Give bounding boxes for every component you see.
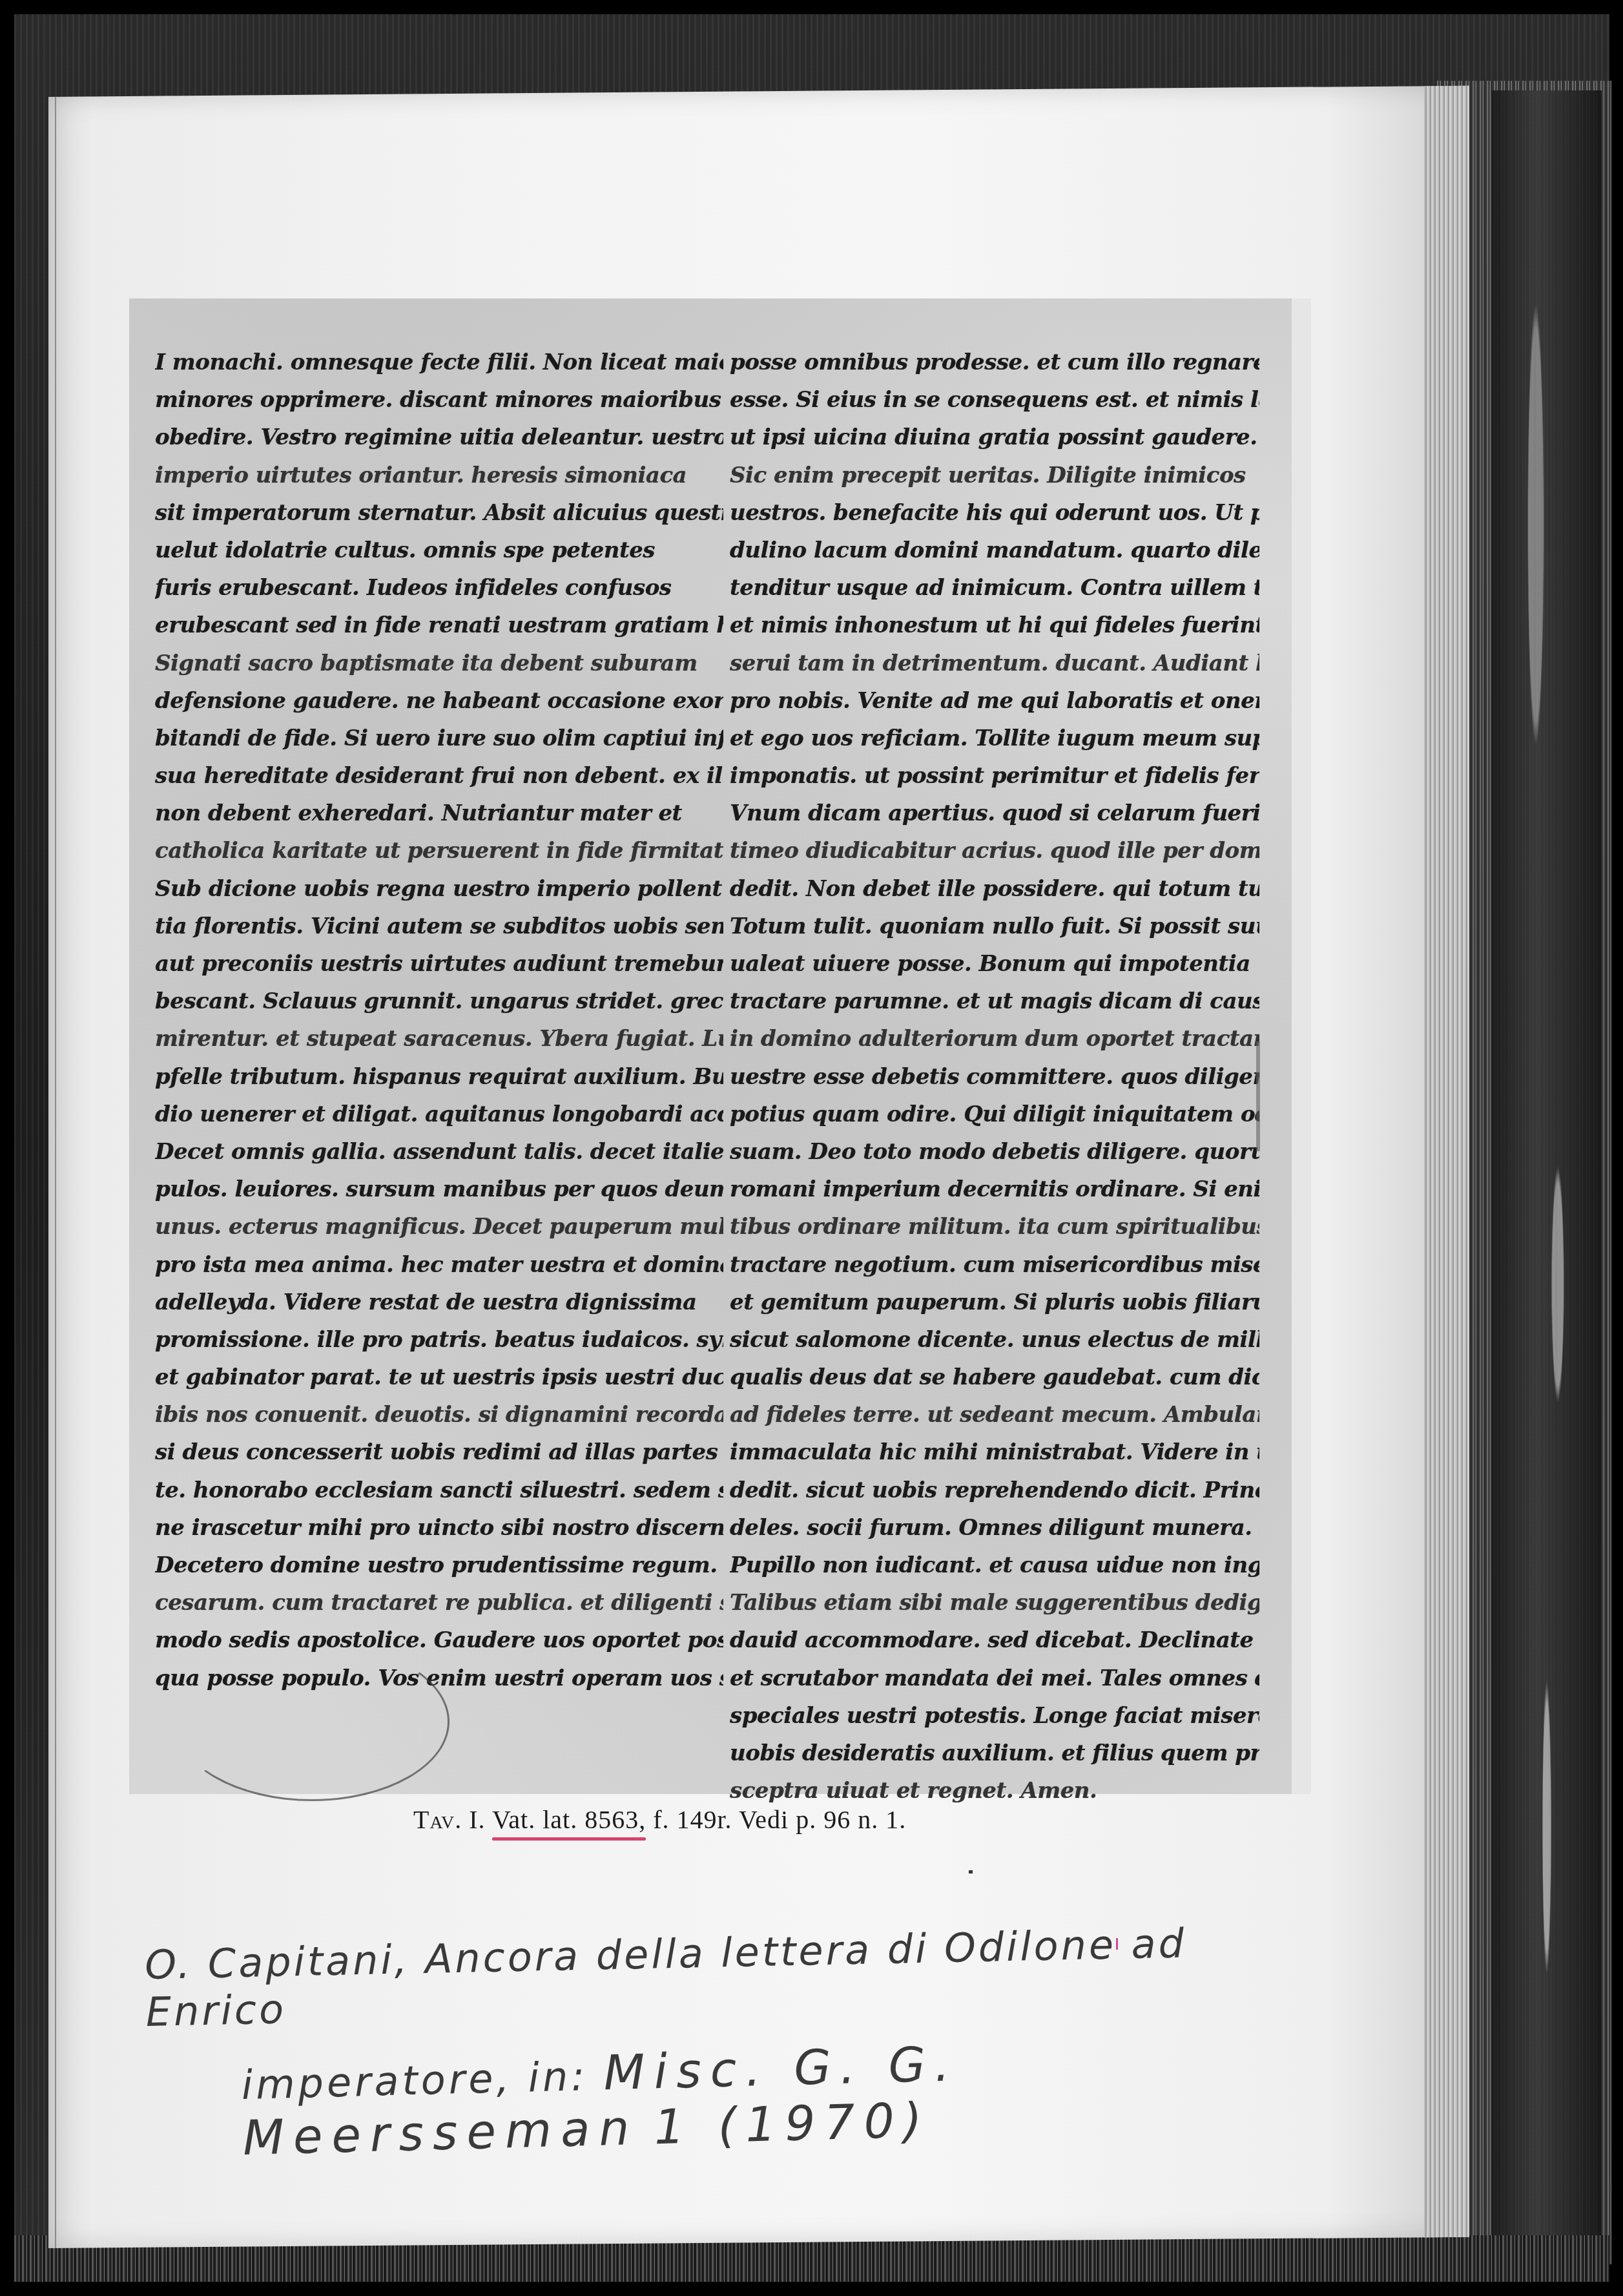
manuscript-line: uestros. benefacite his qui oderunt uos.… (730, 494, 1259, 532)
handwritten-line-2: imperatore, in: Misc. G. G. Meersseman 1… (241, 2027, 1341, 2166)
manuscript-line: uelut idolatrie cultus. omnis spe petent… (155, 532, 723, 569)
handwritten-volume-year: 1 (1970) (654, 2092, 932, 2155)
manuscript-line: serui tam in detrimentum. ducant. Audian… (730, 645, 1259, 682)
plate-label: Tav. I. (413, 1805, 486, 1834)
manuscript-line: tractare negotium. cum misericordibus mi… (730, 1246, 1259, 1284)
manuscript-line: tractare parumne. et ut magis dicam di c… (730, 983, 1259, 1020)
manuscript-line: tenditur usque ad inimicum. Contra uille… (730, 569, 1259, 607)
manuscript-line: unus. ecterus magnificus. Decet pauperum… (155, 1208, 723, 1246)
page-gutter (1424, 86, 1469, 2238)
manuscript-line: bitandi de fide. Si uero iure suo olim c… (155, 720, 723, 757)
manuscript-line: non debent exheredari. Nutriantur mater … (155, 795, 723, 832)
manuscript-line: et ego uos reficiam. Tollite iugum meum … (730, 720, 1259, 757)
manuscript-line: suam. Deo toto modo debetis diligere. qu… (730, 1133, 1259, 1171)
manuscript-line: pulos. leuiores. sursum manibus per quos… (155, 1171, 723, 1208)
manuscript-line: uestre esse debetis committere. quos dil… (730, 1058, 1259, 1096)
manuscript-right-column: posse omnibus prodesse. et cum illo regn… (730, 344, 1259, 1810)
manuscript-line: qualis deus dat se habere gaudebat. cum … (730, 1359, 1259, 1396)
manuscript-line: bescant. Sclauus grunnit. ungarus stride… (155, 983, 723, 1020)
manuscript-line: uobis desideratis auxilium. et filius qu… (730, 1735, 1259, 1772)
manuscript-line: in domino adulteriorum dum oportet tract… (730, 1020, 1259, 1058)
manuscript-plate: I monachi. omnesque fecte filii. Non lic… (129, 298, 1311, 1794)
manuscript-line: Vnum dicam apertius. quod si celarum fue… (730, 795, 1259, 832)
manuscript-line: ad fideles terre. ut sedeant mecum. Ambu… (730, 1396, 1259, 1434)
manuscript-line: I monachi. omnesque fecte filii. Non lic… (155, 344, 723, 381)
manuscript-line: ne irascetur mihi pro uincto sibi nostro… (155, 1509, 723, 1547)
manuscript-line: te. honorabo ecclesiam sancti siluestri.… (155, 1472, 723, 1509)
manuscript-line: potius quam odire. Qui diligit iniquitat… (730, 1096, 1259, 1133)
manuscript-line: timeo diudicabitur acrius. quod ille per… (730, 832, 1259, 870)
manuscript-line: et gemitum pauperum. Si pluris uobis fil… (730, 1284, 1259, 1321)
manuscript-line: speciales uestri potestis. Longe faciat … (730, 1697, 1259, 1735)
shelfmark-underlined: Vat. lat. 8563, (492, 1805, 646, 1834)
manuscript-line: pfelle tributum. hispanus requirat auxil… (155, 1058, 723, 1096)
plate-caption: Tav. I. Vat. lat. 8563, f. 149r. Vedi p.… (413, 1804, 1124, 1835)
folio: f. 149r. (653, 1805, 732, 1834)
manuscript-line: ut ipsi uicina diuina gratia possint gau… (730, 419, 1259, 456)
manuscript-line: catholica karitate ut persuerent in fide… (155, 832, 723, 870)
manuscript-line: cesarum. cum tractaret re publica. et di… (155, 1584, 723, 1622)
manuscript-line: dedit. sicut uobis reprehendendo dicit. … (730, 1472, 1259, 1509)
manuscript-line: sua hereditate desiderant frui non deben… (155, 757, 723, 795)
manuscript-line: dulino lacum domini mandatum. quarto dil… (730, 532, 1259, 569)
manuscript-line: imperio uirtutes oriantur. heresis simon… (155, 457, 723, 494)
manuscript-line: Pupillo non iudicant. et causa uidue non… (730, 1547, 1259, 1584)
manuscript-line: immaculata hic mihi ministrabat. Videre … (730, 1434, 1259, 1471)
manuscript-line: et scrutabor mandata dei mei. Tales omne… (730, 1660, 1259, 1697)
manuscript-line: dauid accommodare. sed dicebat. Declinat… (730, 1622, 1259, 1659)
manuscript-line: imponatis. ut possint perimitur et fidel… (730, 757, 1259, 795)
manuscript-line: minores opprimere. discant minores maior… (155, 381, 723, 419)
manuscript-line: pro ista mea anima. hec mater uestra et … (155, 1246, 723, 1284)
manuscript-line: aut preconiis uestris uirtutes audiunt t… (155, 945, 723, 983)
page-reference: Vedi p. 96 n. 1. (739, 1805, 906, 1834)
manuscript-line: dedit. Non debet ille possidere. qui tot… (730, 870, 1259, 908)
manuscript-line: Talibus etiam sibi male suggerentibus de… (730, 1584, 1259, 1622)
manuscript-line: adelleyda. Videre restat de uestra digni… (155, 1284, 723, 1321)
manuscript-line: erubescant sed in fide renati uestram gr… (155, 607, 723, 644)
manuscript-line: si deus concesserit uobis redimi ad illa… (155, 1434, 723, 1471)
manuscript-left-column: I monachi. omnesque fecte filii. Non lic… (155, 344, 723, 1697)
manuscript-line: Signati sacro baptismate ita debent subu… (155, 645, 723, 682)
manuscript-line: obedire. Vestro regimine uitia deleantur… (155, 419, 723, 456)
manuscript-line: ualeat uiuere posse. Bonum qui impotenti… (730, 945, 1259, 983)
manuscript-line: defensione gaudere. ne habeant occasione… (155, 682, 723, 720)
handwritten-prefix: imperatore, in: (241, 2052, 588, 2109)
marginal-arc-mark (174, 1642, 450, 1801)
manuscript-line: sicut salomone dicente. unus electus de … (730, 1321, 1259, 1359)
manuscript-line: ibis nos conuenit. deuotis. si dignamini… (155, 1396, 723, 1434)
manuscript-line: pro nobis. Venite ad me qui laboratis et… (730, 682, 1259, 720)
manuscript-line: furis erubescant. Iudeos infideles confu… (155, 569, 723, 607)
page-fold-line (55, 97, 56, 2248)
manuscript-line: sit imperatorum sternatur. Absit alicuiu… (155, 494, 723, 532)
manuscript-line: romani imperium decernitis ordinare. Si … (730, 1171, 1259, 1208)
marginal-bracket-mark (1256, 1041, 1269, 1151)
manuscript-line: deles. socii furum. Omnes diligunt muner… (730, 1509, 1259, 1547)
manuscript-line: Decet omnis gallia. assendunt talis. dec… (155, 1133, 723, 1171)
manuscript-line: et gabinator parat. te ut uestris ipsis … (155, 1359, 723, 1396)
handwritten-citation: O. Capitani, Ancora della lettera di Odi… (145, 1941, 1340, 2166)
book-cover-edge (1492, 90, 1602, 2261)
manuscript-line: esse. Si eius in se consequens est. et n… (730, 381, 1259, 419)
manuscript-line: tibus ordinare militum. ita cum spiritua… (730, 1208, 1259, 1246)
manuscript-line: posse omnibus prodesse. et cum illo regn… (730, 344, 1259, 381)
manuscript-line: Sub dicione uobis regna uestro imperio p… (155, 870, 723, 908)
manuscript-line: promissione. ille pro patris. beatus iud… (155, 1321, 723, 1359)
manuscript-line: tia florentis. Vicini autem se subditos … (155, 908, 723, 945)
manuscript-line: dio uenerer et diligat. aquitanus longob… (155, 1096, 723, 1133)
manuscript-line: Sic enim precepit ueritas. Diligite inim… (730, 457, 1259, 494)
manuscript-line: Decetero domine uestro prudentissime reg… (155, 1547, 723, 1584)
stray-mark (969, 1870, 973, 1873)
manuscript-line: et nimis inhonestum ut hi qui fideles fu… (730, 607, 1259, 644)
manuscript-line: Totum tulit. quoniam nullo fuit. Si poss… (730, 908, 1259, 945)
manuscript-line: mirentur. et stupeat saracenus. Ybera fu… (155, 1020, 723, 1058)
